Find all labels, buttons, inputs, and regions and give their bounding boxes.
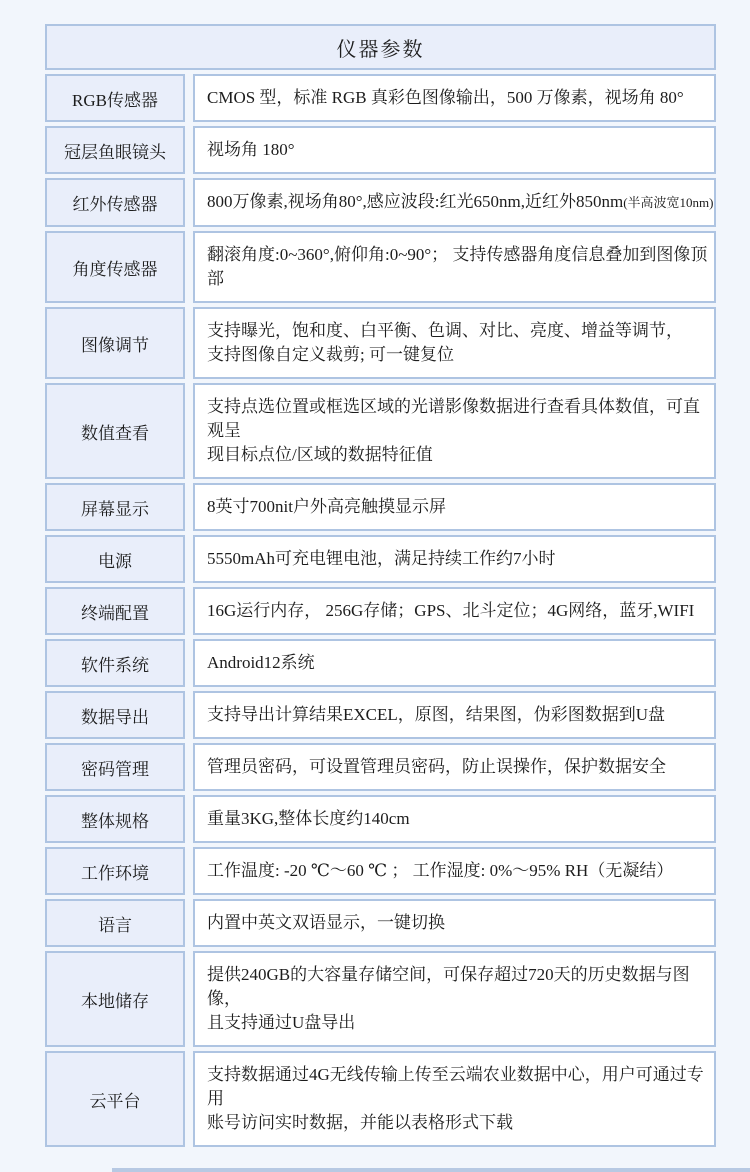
param-label: 云平台 <box>45 1051 185 1147</box>
param-value-text: CMOS 型，标准 RGB 真彩色图像输出，500 万像素，视场角 80° <box>207 88 684 107</box>
param-value-text: 支持点选位置或框选区域的光谱影像数据进行查看具体数值，可直观呈 现目标点位/区域… <box>207 397 700 464</box>
param-label: 密码管理 <box>45 743 185 791</box>
param-label: 屏幕显示 <box>45 483 185 531</box>
param-value: 16G运行内存， 256G存储；GPS、北斗定位；4G网络，蓝牙,WIFI <box>193 587 716 635</box>
param-value: CMOS 型，标准 RGB 真彩色图像输出，500 万像素，视场角 80° <box>193 74 716 122</box>
table-row: 数据导出 支持导出计算结果EXCEL，原图，结果图，伪彩图数据到U盘 <box>45 691 716 739</box>
param-value-text: 管理员密码，可设置管理员密码，防止误操作，保护数据安全 <box>207 757 666 776</box>
param-value: Android12系统 <box>193 639 716 687</box>
param-label: 红外传感器 <box>45 178 185 227</box>
param-value: 800万像素,视场角80°,感应波段:红光650nm,近红外850nm(半高波宽… <box>193 178 716 227</box>
spec-table: 仪器参数 RGB传感器 CMOS 型，标准 RGB 真彩色图像输出，500 万像… <box>45 24 716 1147</box>
param-value-text: 工作温度: -20 ℃～60 ℃ ； 工作湿度: 0%～95% RH（无凝结） <box>207 861 673 880</box>
param-label: 整体规格 <box>45 795 185 843</box>
param-value-text: 支持数据通过4G无线传输上传至云端农业数据中心，用户可通过专用 账号访问实时数据… <box>207 1065 704 1132</box>
table-row: 数值查看 支持点选位置或框选区域的光谱影像数据进行查看具体数值，可直观呈 现目标… <box>45 383 716 479</box>
param-label: 角度传感器 <box>45 231 185 303</box>
table-row: 终端配置 16G运行内存， 256G存储；GPS、北斗定位；4G网络，蓝牙,WI… <box>45 587 716 635</box>
table-row: 本地储存 提供240GB的大容量存储空间，可保存超过720天的历史数据与图像， … <box>45 951 716 1047</box>
param-label: 数值查看 <box>45 383 185 479</box>
param-label: 工作环境 <box>45 847 185 895</box>
param-label: 电源 <box>45 535 185 583</box>
param-value: 翻滚角度:0~360°,俯仰角:0~90°； 支持传感器角度信息叠加到图像顶部 <box>193 231 716 303</box>
param-value-note: (半高波宽10nm) <box>623 195 713 210</box>
param-value: 管理员密码，可设置管理员密码，防止误操作，保护数据安全 <box>193 743 716 791</box>
param-label: 图像调节 <box>45 307 185 379</box>
param-value: 工作温度: -20 ℃～60 ℃ ； 工作湿度: 0%～95% RH（无凝结） <box>193 847 716 895</box>
table-row: 整体规格 重量3KG,整体长度约140cm <box>45 795 716 843</box>
table-row: 图像调节 支持曝光，饱和度、白平衡、色调、对比、亮度、增益等调节， 支持图像自定… <box>45 307 716 379</box>
param-value: 提供240GB的大容量存储空间，可保存超过720天的历史数据与图像， 且支持通过… <box>193 951 716 1047</box>
param-value-text: 视场角 180° <box>207 140 295 159</box>
table-row: 屏幕显示 8英寸700nit户外高亮触摸显示屏 <box>45 483 716 531</box>
bottom-divider <box>112 1168 750 1172</box>
param-label: 语言 <box>45 899 185 947</box>
table-row: 工作环境 工作温度: -20 ℃～60 ℃ ； 工作湿度: 0%～95% RH（… <box>45 847 716 895</box>
table-row: 电源 5550mAh可充电锂电池，满足持续工作约7小时 <box>45 535 716 583</box>
param-value-text: 5550mAh可充电锂电池，满足持续工作约7小时 <box>207 549 556 568</box>
table-row: 冠层鱼眼镜头 视场角 180° <box>45 126 716 174</box>
param-label: 终端配置 <box>45 587 185 635</box>
table-row: 密码管理 管理员密码，可设置管理员密码，防止误操作，保护数据安全 <box>45 743 716 791</box>
param-value-text: 内置中英文双语显示，一键切换 <box>207 913 445 932</box>
param-value-text: 翻滚角度:0~360°,俯仰角:0~90°； 支持传感器角度信息叠加到图像顶部 <box>207 245 707 288</box>
param-label: 数据导出 <box>45 691 185 739</box>
table-row: 红外传感器 800万像素,视场角80°,感应波段:红光650nm,近红外850n… <box>45 178 716 227</box>
param-value: 支持导出计算结果EXCEL，原图，结果图，伪彩图数据到U盘 <box>193 691 716 739</box>
param-label: 软件系统 <box>45 639 185 687</box>
table-row: 软件系统 Android12系统 <box>45 639 716 687</box>
param-value-text: Android12系统 <box>207 653 315 672</box>
param-value: 重量3KG,整体长度约140cm <box>193 795 716 843</box>
param-value-text: 16G运行内存， 256G存储；GPS、北斗定位；4G网络，蓝牙,WIFI <box>207 601 694 620</box>
param-value: 8英寸700nit户外高亮触摸显示屏 <box>193 483 716 531</box>
param-label: 本地储存 <box>45 951 185 1047</box>
param-value: 支持数据通过4G无线传输上传至云端农业数据中心，用户可通过专用 账号访问实时数据… <box>193 1051 716 1147</box>
table-row: RGB传感器 CMOS 型，标准 RGB 真彩色图像输出，500 万像素，视场角… <box>45 74 716 122</box>
param-value: 支持点选位置或框选区域的光谱影像数据进行查看具体数值，可直观呈 现目标点位/区域… <box>193 383 716 479</box>
param-value: 内置中英文双语显示，一键切换 <box>193 899 716 947</box>
param-value-text: 800万像素,视场角80°,感应波段:红光650nm,近红外850nm <box>207 192 623 211</box>
param-value-text: 支持曝光，饱和度、白平衡、色调、对比、亮度、增益等调节， 支持图像自定义裁剪; … <box>207 321 683 364</box>
param-value: 视场角 180° <box>193 126 716 174</box>
param-label: 冠层鱼眼镜头 <box>45 126 185 174</box>
table-row: 云平台 支持数据通过4G无线传输上传至云端农业数据中心，用户可通过专用 账号访问… <box>45 1051 716 1147</box>
table-row: 角度传感器 翻滚角度:0~360°,俯仰角:0~90°； 支持传感器角度信息叠加… <box>45 231 716 303</box>
param-value: 5550mAh可充电锂电池，满足持续工作约7小时 <box>193 535 716 583</box>
param-label: RGB传感器 <box>45 74 185 122</box>
param-value-text: 重量3KG,整体长度约140cm <box>207 809 410 828</box>
param-value-text: 8英寸700nit户外高亮触摸显示屏 <box>207 497 446 516</box>
table-title: 仪器参数 <box>45 24 716 70</box>
param-value-text: 支持导出计算结果EXCEL，原图，结果图，伪彩图数据到U盘 <box>207 705 665 724</box>
param-value-text: 提供240GB的大容量存储空间，可保存超过720天的历史数据与图像， 且支持通过… <box>207 965 690 1032</box>
table-row: 语言 内置中英文双语显示，一键切换 <box>45 899 716 947</box>
param-value: 支持曝光，饱和度、白平衡、色调、对比、亮度、增益等调节， 支持图像自定义裁剪; … <box>193 307 716 379</box>
